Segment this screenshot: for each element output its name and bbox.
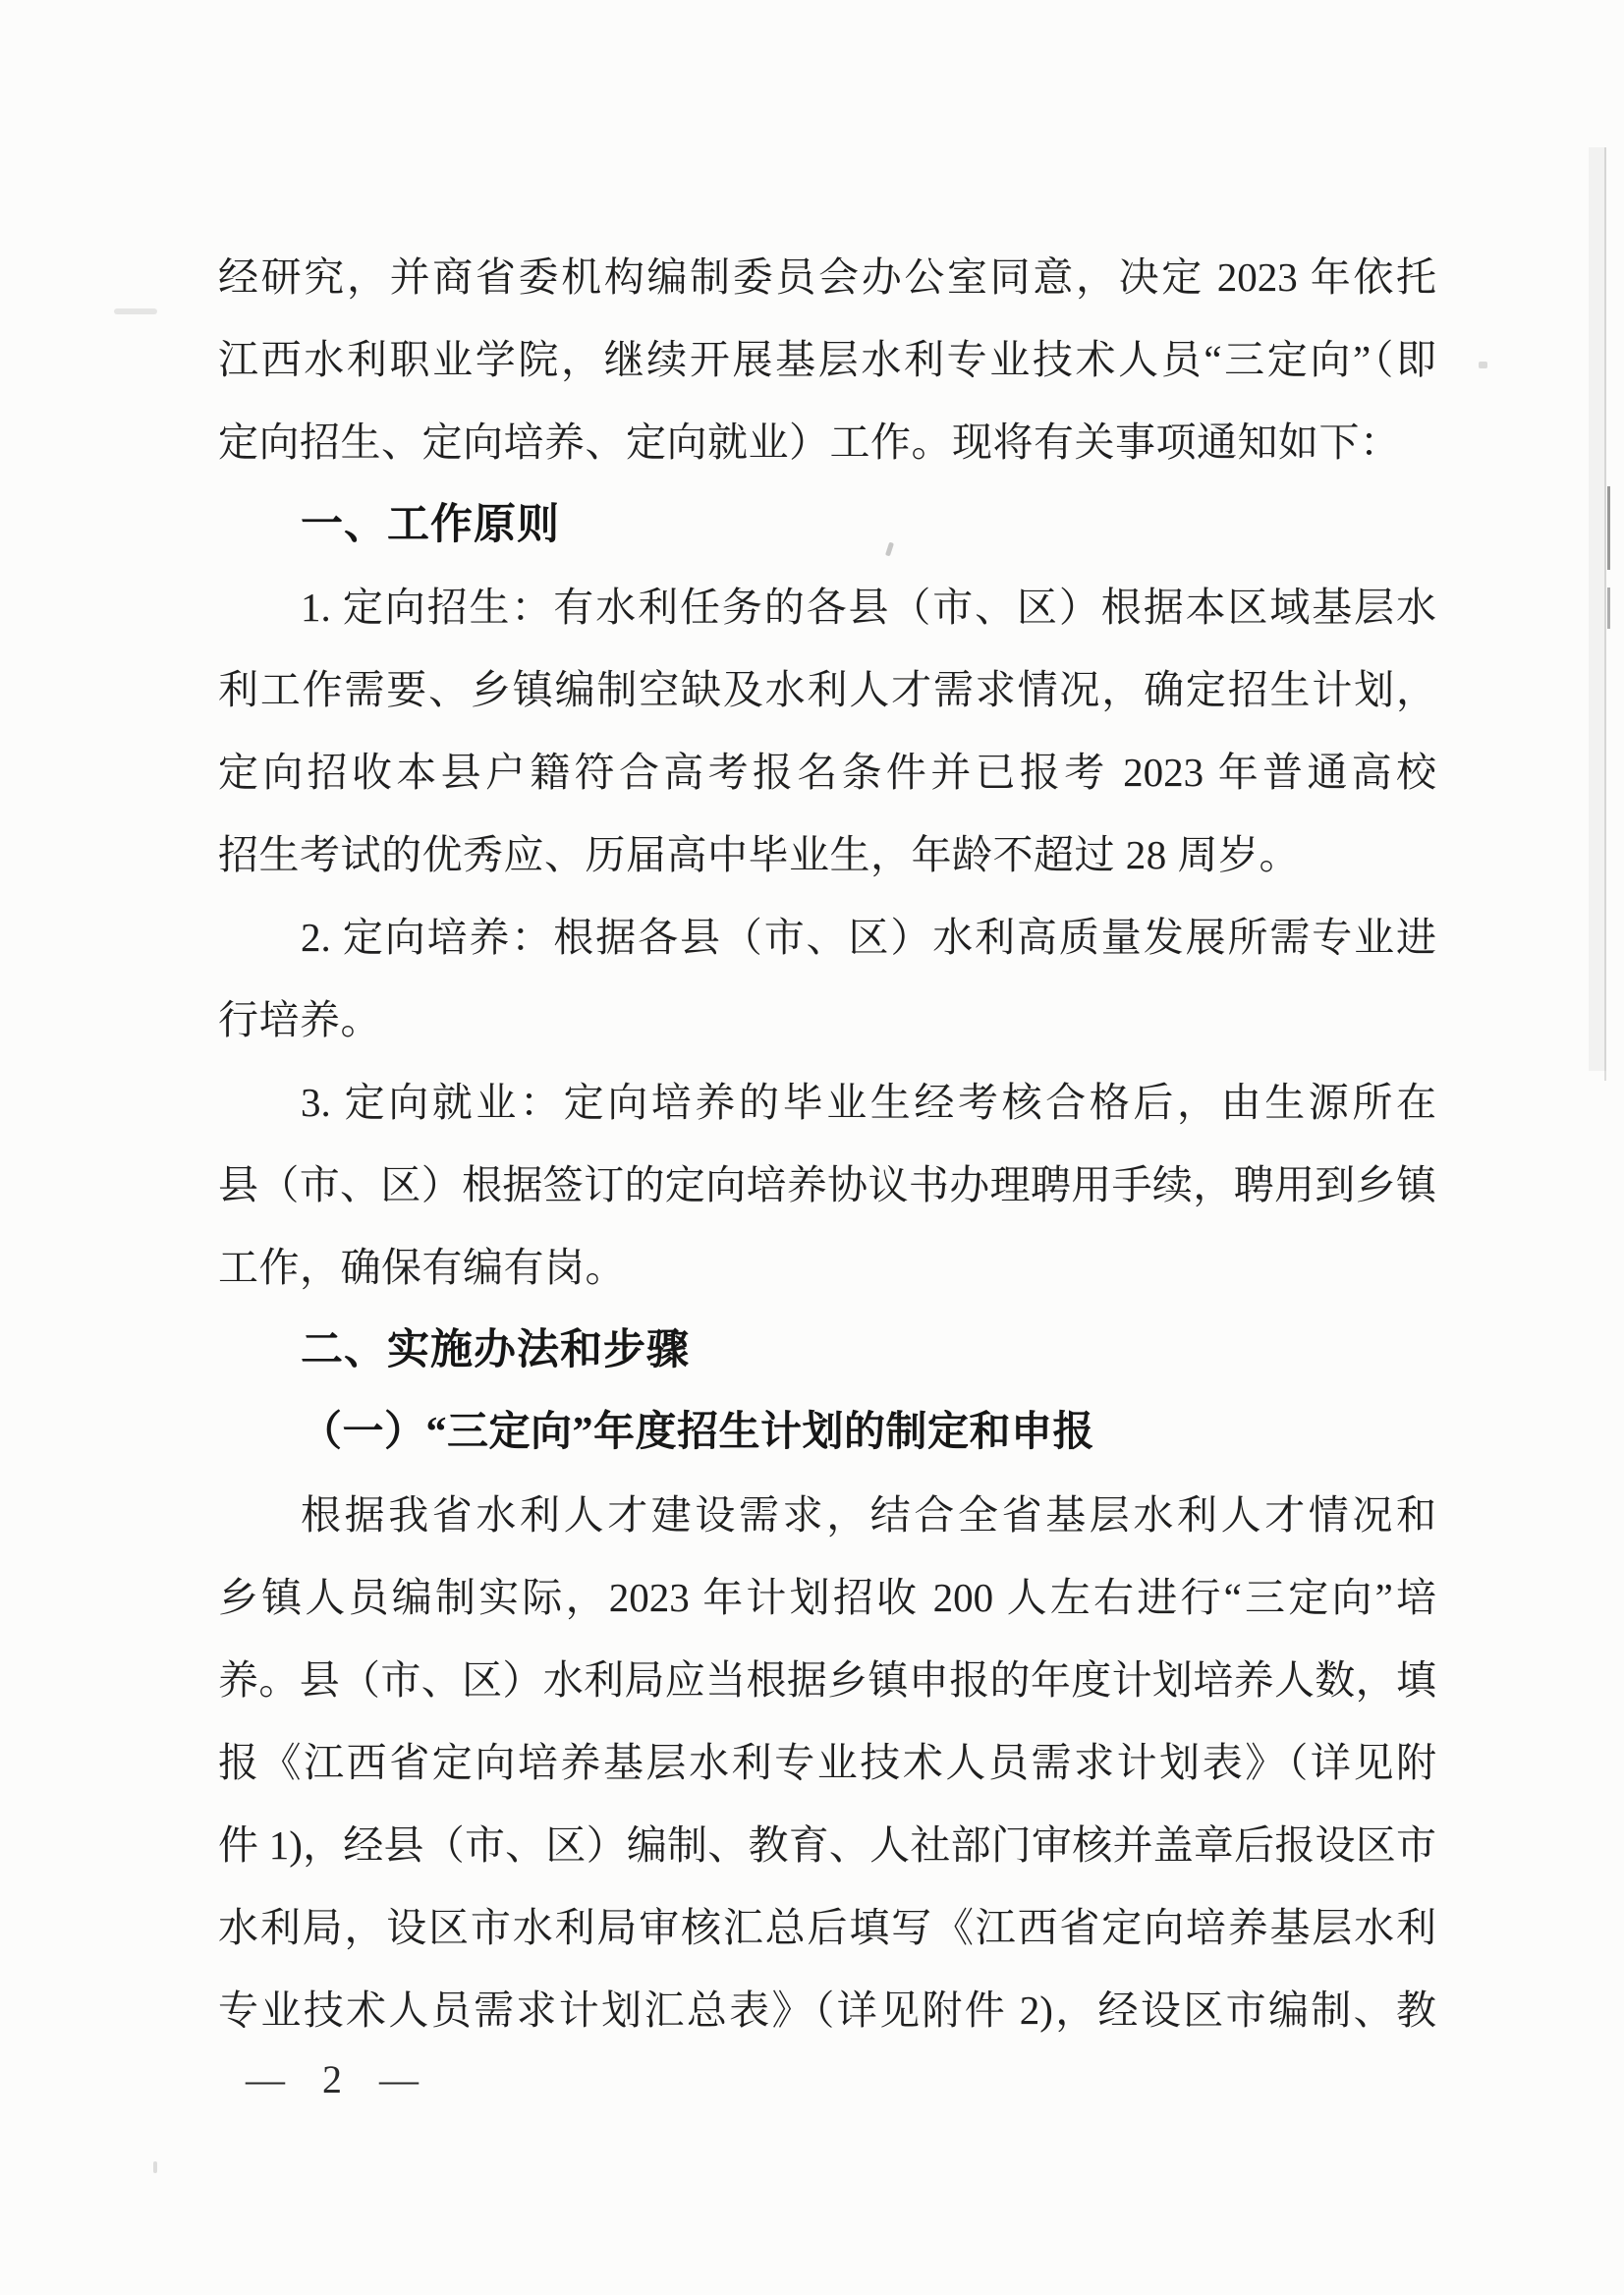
document-page: 经研究，并商省委机构编制委员会办公室同意，决定 2023 年依托 江西水利职业学… [0,0,1624,2295]
scan-artifact-line [1604,147,1606,1081]
scan-artifact-segment [1607,486,1610,570]
paragraph-line: 江西水利职业学院，继续开展基层水利专业技术人员“三定向”（即 [218,318,1436,401]
paragraph-line: 水利局，设区市水利局审核汇总后填写《江西省定向培养基层水利 [218,1886,1436,1969]
paragraph-line: 利工作需要、乡镇编制空缺及水利人才需求情况，确定招生计划， [218,648,1436,731]
paragraph-line: 根据我省水利人才建设需求，结合全省基层水利人才情况和 [218,1474,1436,1556]
paragraph-line: 乡镇人员编制实际，2023 年计划招收 200 人左右进行“三定向”培 [218,1556,1436,1639]
section-heading-two: 二、实施办法和步骤 [218,1309,1436,1391]
paragraph-line: 县（市、区）根据签订的定向培养协议书办理聘用手续，聘用到乡镇 [218,1144,1436,1226]
paragraph-line: 报《江西省定向培养基层水利专业技术人员需求计划表》（详见附 [218,1721,1436,1804]
subsection-heading: （一）“三定向”年度招生计划的制定和申报 [218,1391,1436,1474]
paragraph-line: 2. 定向培养：根据各县（市、区）水利高质量发展所需专业进 [218,896,1436,979]
scan-speck [153,2161,157,2173]
page-number: — 2 — [246,2045,432,2114]
paragraph-line: 招生考试的优秀应、历届高中毕业生，年龄不超过 28 周岁。 [218,813,1436,896]
paragraph-line: 专业技术人员需求计划汇总表》（详见附件 2)，经设区市编制、教 [218,1969,1436,2051]
paragraph-line: 3. 定向就业：定向培养的毕业生经考核合格后，由生源所在 [218,1061,1436,1144]
scan-speck [1479,362,1487,368]
paragraph-line: 工作，确保有编有岗。 [218,1226,1436,1309]
paragraph-line: 1. 定向招生：有水利任务的各县（市、区）根据本区域基层水 [218,566,1436,648]
paragraph-line: 定向招生、定向培养、定向就业）工作。现将有关事项通知如下： [218,401,1436,483]
paragraph-line: 行培养。 [218,979,1436,1061]
paragraph-line: 养。县（市、区）水利局应当根据乡镇申报的年度计划培养人数，填 [218,1639,1436,1721]
document-body: 经研究，并商省委机构编制委员会办公室同意，决定 2023 年依托 江西水利职业学… [218,236,1436,2051]
section-heading-one: 一、工作原则 [218,483,1436,566]
paragraph-line: 定向招收本县户籍符合高考报名条件并已报考 2023 年普通高校 [218,731,1436,813]
scan-speck [114,308,157,314]
paragraph-line: 件 1)，经县（市、区）编制、教育、人社部门审核并盖章后报设区市 [218,1804,1436,1886]
paragraph-line: 经研究，并商省委机构编制委员会办公室同意，决定 2023 年依托 [218,236,1436,318]
scan-artifact-segment [1607,588,1610,629]
